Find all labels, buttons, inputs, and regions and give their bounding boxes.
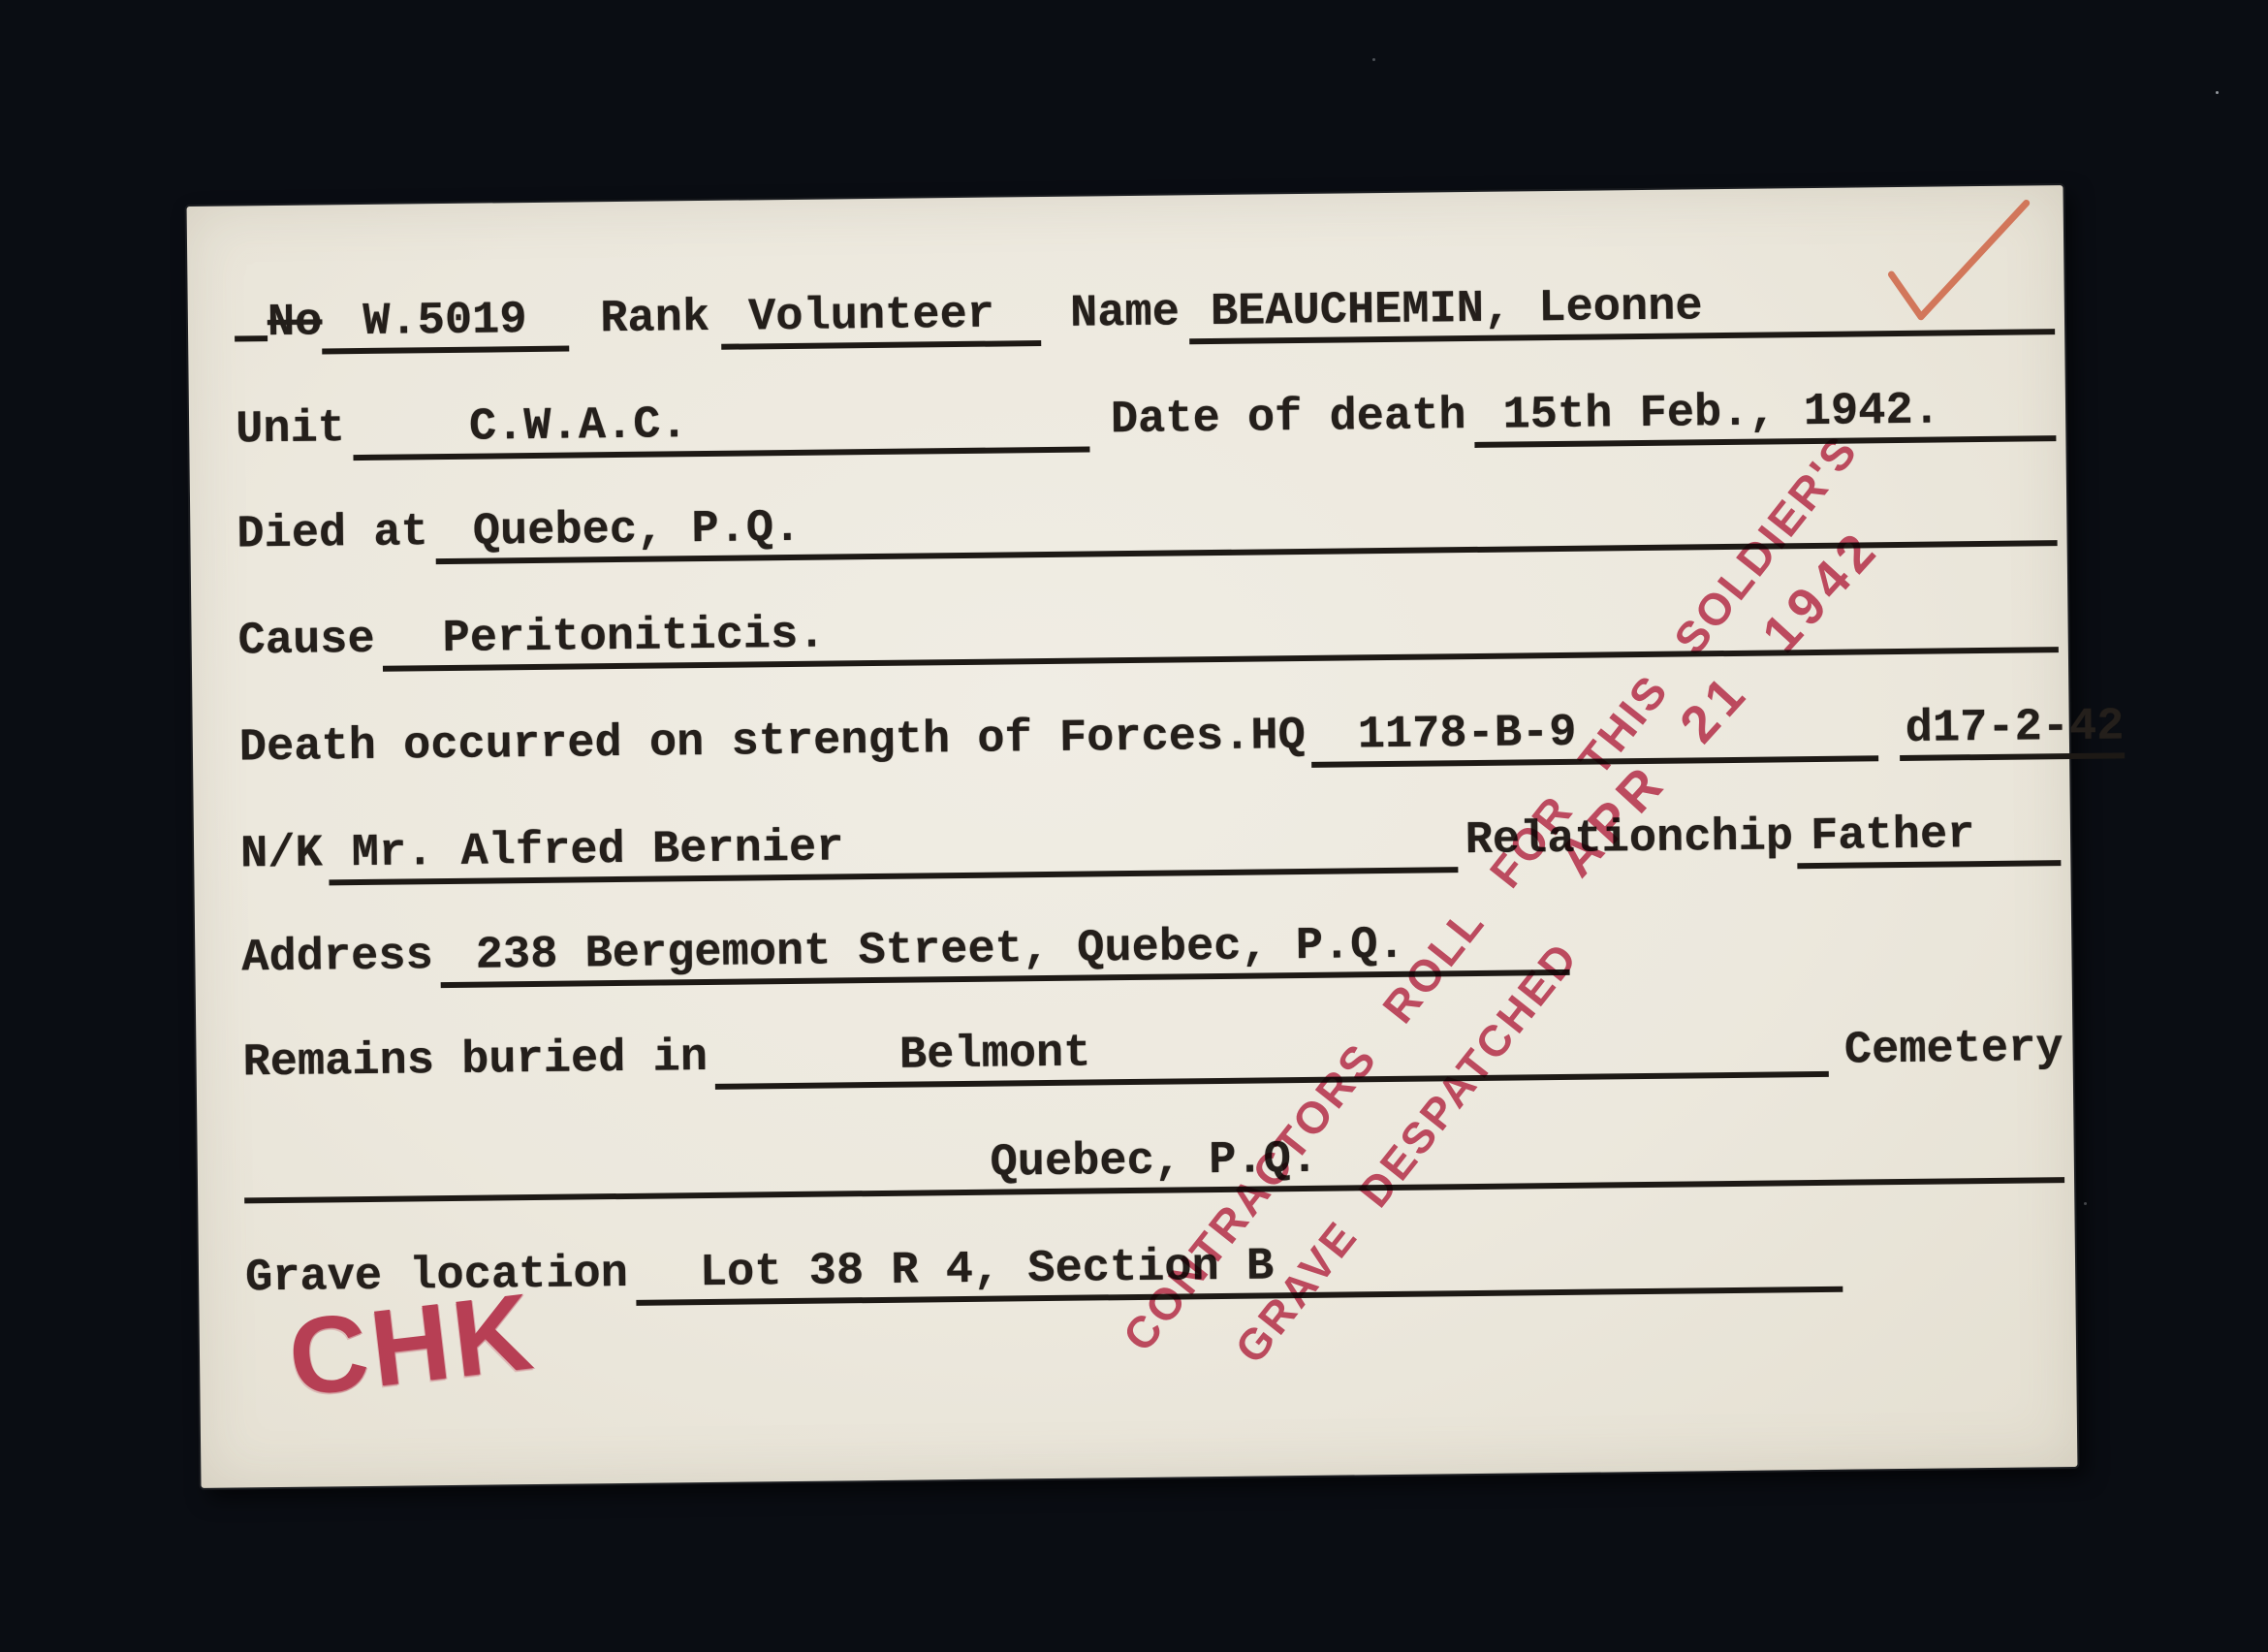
forces-label: Death occurred on strength of Forces.HQ [239, 711, 1307, 779]
unit-value: C.W.A.C. [353, 395, 1090, 461]
cemetery-place-value: Quebec, P.Q. [244, 1126, 2065, 1203]
rank-value: Volunteer [721, 289, 1042, 350]
buried-label: Remains buried in [242, 1032, 708, 1095]
burial-record-card: No W.5019 Rank Volunteer Name BEAUCHEMIN… [187, 185, 2078, 1488]
contractors-roll-stamp: CONTRACTORS ROLL FOR THIS SOLDIER'S [1113, 425, 1869, 1361]
died-at-label: Died at [236, 507, 428, 566]
row-remains-buried: Remains buried in Belmont Cemetery [242, 1010, 2063, 1095]
cemetery-label: Cemetery [1844, 1023, 2063, 1077]
unit-label: Unit [236, 403, 345, 461]
forces-date-value: d17-2-42 [1899, 701, 2124, 761]
row-next-of-kin: N/K Mr. Alfred Bernier Relationchip Fath… [240, 802, 2062, 886]
row-unit-dateofdeath: Unit C.W.A.C. Date of death 15th Feb., 1… [236, 377, 2057, 461]
red-checkmark-icon [1883, 197, 2040, 334]
date-of-death-label: Date of death [1111, 391, 1466, 452]
row-cemetery-place: Quebec, P.Q. [243, 1119, 2064, 1203]
rank-label: Rank [600, 293, 709, 351]
row-forces-hq: Death occurred on strength of Forces.HQ … [239, 695, 2061, 779]
row-address: Address 238 Bergemont Street, Quebec, P.… [241, 905, 2063, 990]
pre-dash [235, 335, 268, 341]
nk-value: Mr. Alfred Bernier [328, 815, 1458, 885]
relationship-value: Father [1797, 809, 2062, 869]
no-label: No [268, 297, 323, 355]
name-label: Name [1070, 287, 1180, 345]
dust-speck [2216, 91, 2219, 94]
nk-label: N/K [240, 828, 323, 886]
buried-value: Belmont [715, 1020, 1829, 1090]
row-no-rank-name: No W.5019 Rank Volunteer Name BEAUCHEMIN… [235, 270, 2056, 355]
address-label: Address [241, 931, 433, 990]
cause-label: Cause [237, 615, 375, 674]
dust-speck [1372, 58, 1375, 61]
dust-speck [2084, 1202, 2087, 1205]
blank-area [1843, 1289, 2065, 1292]
date-of-death-value: 15th Feb., 1942. [1473, 384, 2056, 448]
no-value: W.5019 [322, 295, 570, 355]
blank-area [1570, 969, 2063, 975]
